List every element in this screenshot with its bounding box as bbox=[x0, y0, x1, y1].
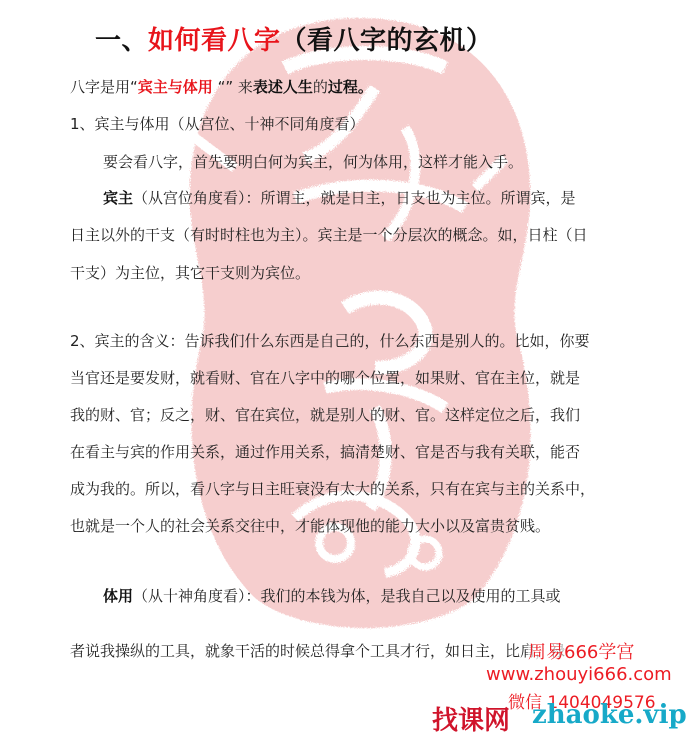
binzhu-line-2: 日主以外的干支（有时时柱也为主）。宾主是一个分层次的概念。如，日柱（日 bbox=[70, 224, 588, 245]
title-highlight: 如何看八字 bbox=[148, 26, 281, 56]
document-page: 一、如何看八字（看八字的玄机） 八字是用“宾主与体用 “” 来表述人生的过程。 … bbox=[0, 0, 686, 735]
watermark-site-name: 周易666学宫 bbox=[528, 638, 634, 664]
intro-text: “” 来 bbox=[213, 78, 253, 96]
section2-line: 也就是一个人的社会关系交往中，才能体现他的能力大小以及富贵贫贱。 bbox=[70, 515, 550, 536]
tiyong-line-2: 者说我操纵的工具，就象干活的时候总得拿个工具才行，如日主，比肩，禄 bbox=[70, 640, 565, 661]
intro-text: 的 bbox=[313, 78, 328, 96]
section1-paragraph: 要会看八字，首先要明白何为宾主，何为体用，这样才能入手。 bbox=[103, 151, 523, 172]
intro-bold: 过程。 bbox=[328, 78, 373, 96]
intro-text: 八字是用“ bbox=[70, 78, 138, 96]
page-title: 一、如何看八字（看八字的玄机） bbox=[95, 20, 493, 57]
watermark-brand-url: zhaoke.vip bbox=[532, 700, 686, 730]
binzhu-term: 宾主 bbox=[103, 189, 133, 207]
section2-line: 我的财、官；反之，财、官在宾位，就是别人的财、官。这样定位之后，我们 bbox=[70, 404, 580, 425]
title-prefix: 一、 bbox=[95, 26, 148, 56]
tiyong-term: 体用 bbox=[103, 587, 133, 605]
section1-heading: 1、宾主与体用（从宫位、十神不同角度看） bbox=[70, 113, 365, 134]
watermark-url: www.zhouyi666.com bbox=[486, 664, 672, 685]
intro-bold: 表述人生 bbox=[253, 78, 313, 96]
title-suffix: （看八字的玄机） bbox=[281, 26, 493, 56]
section2-line: 在看主与宾的作用关系，通过作用关系，搞清楚财、官是否与我有关联，能否 bbox=[70, 441, 580, 462]
binzhu-line-3: 干支）为主位，其它干支则为宾位。 bbox=[70, 262, 310, 283]
intro-line: 八字是用“宾主与体用 “” 来表述人生的过程。 bbox=[70, 76, 373, 97]
binzhu-line-1: 宾主（从宫位角度看）：所谓主，就是日主，日支也为主位。所谓宾，是 bbox=[103, 187, 576, 208]
section2-line: 当官还是要发财，就看财、官在八字中的哪个位置，如果财、官在主位，就是 bbox=[70, 367, 580, 388]
tiyong-text: （从十神角度看）：我们的本钱为体，是我自己以及使用的工具或 bbox=[133, 587, 561, 605]
section2-line: 2、宾主的含义：告诉我们什么东西是自己的，什么东西是别人的。比如，你要 bbox=[70, 330, 590, 351]
watermark-brand-cn: 找课网 bbox=[432, 700, 510, 735]
binzhu-text: （从宫位角度看）：所谓主，就是日主，日支也为主位。所谓宾，是 bbox=[133, 189, 576, 207]
intro-highlight: 宾主与体用 bbox=[138, 78, 213, 96]
section2-line: 成为我的。所以，看八字与日主旺衰没有太大的关系，只有在宾与主的关系中， bbox=[70, 478, 595, 499]
tiyong-line-1: 体用（从十神角度看）：我们的本钱为体，是我自己以及使用的工具或 bbox=[103, 585, 561, 606]
